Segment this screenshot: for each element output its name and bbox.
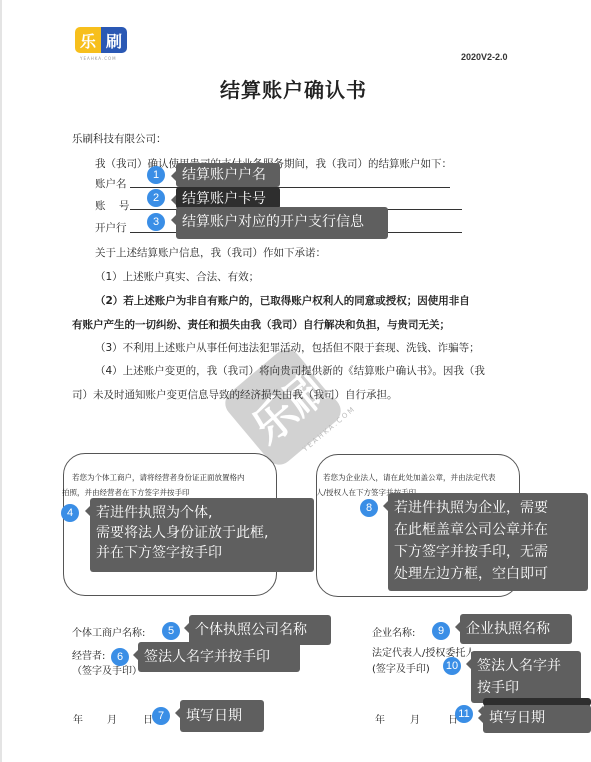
- promise-item-2-line-1: （2）若上述账户为非自有账户的，已取得账户权利人的同意或授权；因使用非自: [95, 293, 470, 308]
- individual-box-note-1: 若您为个体工商户，请将经营者身份证正面放置格内: [72, 472, 245, 483]
- annotation-badge-7: 7: [152, 707, 170, 725]
- promise-item-2-line-2: 有账户产生的一切纠纷、责任和损失由我（我司）自行解决和负担，与贵司无关；: [72, 317, 450, 332]
- annotation-badge-10: 10: [443, 657, 461, 675]
- addressee: 乐刷科技有限公司：: [72, 131, 167, 146]
- annotation-badge-11: 11: [455, 705, 473, 723]
- annotation-tip-4: 若进件执照为个体, 需要将法人身份证放于此框, 并在下方签字按手印: [90, 498, 314, 572]
- operator-sign-note: （签字及手印）: [72, 662, 142, 677]
- field-label-account-number: 账 号: [95, 198, 129, 213]
- promise-item-4-line-2: 司）未及时通知账户变更信息导致的经济损失由我（我司）自行承担。: [72, 387, 398, 402]
- page-edge: [0, 0, 2, 762]
- annotation-badge-8: 8: [360, 499, 378, 517]
- brand-logo: 乐 刷: [75, 27, 127, 53]
- legal-rep-label: 法定代表人/授权委托人:: [372, 644, 479, 659]
- annotation-tip-1: 结算账户户名: [176, 163, 280, 187]
- annotation-badge-3: 3: [147, 213, 165, 231]
- annotation-tip-10: 签法人名字并 按手印: [471, 651, 581, 703]
- annotation-badge-4: 4: [61, 504, 79, 522]
- annotation-tip-5: 个体执照公司名称: [189, 615, 331, 645]
- annotation-badge-1: 1: [147, 166, 165, 184]
- logo-char-2: 刷: [101, 27, 127, 53]
- annotation-badge-9: 9: [432, 622, 450, 640]
- annotation-tip-7: 填写日期: [180, 700, 264, 732]
- document-title: 结算账户确认书: [220, 74, 367, 103]
- promise-item-1: （1）上述账户真实、合法、有效；: [95, 269, 259, 284]
- annotation-badge-2: 2: [147, 189, 165, 207]
- promise-intro: 关于上述结算账户信息，我（我司）作如下承诺：: [95, 245, 326, 260]
- operator-label: 经营者:: [72, 647, 105, 662]
- individual-name-label: 个体工商户名称:: [72, 624, 145, 639]
- annotation-tip-11: 填写日期: [483, 705, 591, 733]
- promise-item-3: （3）不利用上述账户从事任何违法犯罪活动，包括但不限于套现、洗钱、诈骗等；: [95, 340, 480, 355]
- annotation-tip-8: 若进件执照为企业，需要 在此框盖章公司公章并在 下方签字并按手印，无需 处理左边…: [388, 493, 588, 591]
- annotation-tip-3: 结算账户对应的开户支行信息: [176, 207, 388, 239]
- annotation-tip-9: 企业执照名称: [460, 614, 572, 644]
- field-label-bank-branch: 开户行: [95, 220, 127, 235]
- left-year-label: 年: [73, 711, 83, 726]
- annotation-tip-6: 签法人名字并按手印: [138, 642, 300, 672]
- version-label: 2020V2-2.0: [461, 52, 508, 62]
- enterprise-name-label: 企业名称:: [372, 624, 415, 639]
- right-year-label: 年: [375, 711, 385, 726]
- promise-item-4-line-1: （4）上述账户变更的，我（我司）将向贵司提供新的《结算账户确认书》。因我（我: [95, 363, 485, 378]
- left-month-label: 月: [107, 711, 117, 726]
- right-month-label: 月: [410, 711, 420, 726]
- logo-subtitle: YEAHKA.COM: [80, 56, 117, 61]
- field-label-account-name: 账户名: [95, 176, 127, 191]
- legal-rep-sign-note: (签字及手印): [372, 660, 430, 675]
- annotation-tip-2: 结算账户卡号: [176, 187, 280, 209]
- individual-box-note-2: 拍照，并由经营者在下方签字并按手印: [62, 487, 190, 498]
- annotation-badge-6: 6: [111, 648, 129, 666]
- logo-char-1: 乐: [75, 27, 101, 53]
- enterprise-box-note-1: 若您为企业法人，请在此处加盖公章，并由法定代表: [323, 472, 496, 483]
- annotation-badge-5: 5: [162, 622, 180, 640]
